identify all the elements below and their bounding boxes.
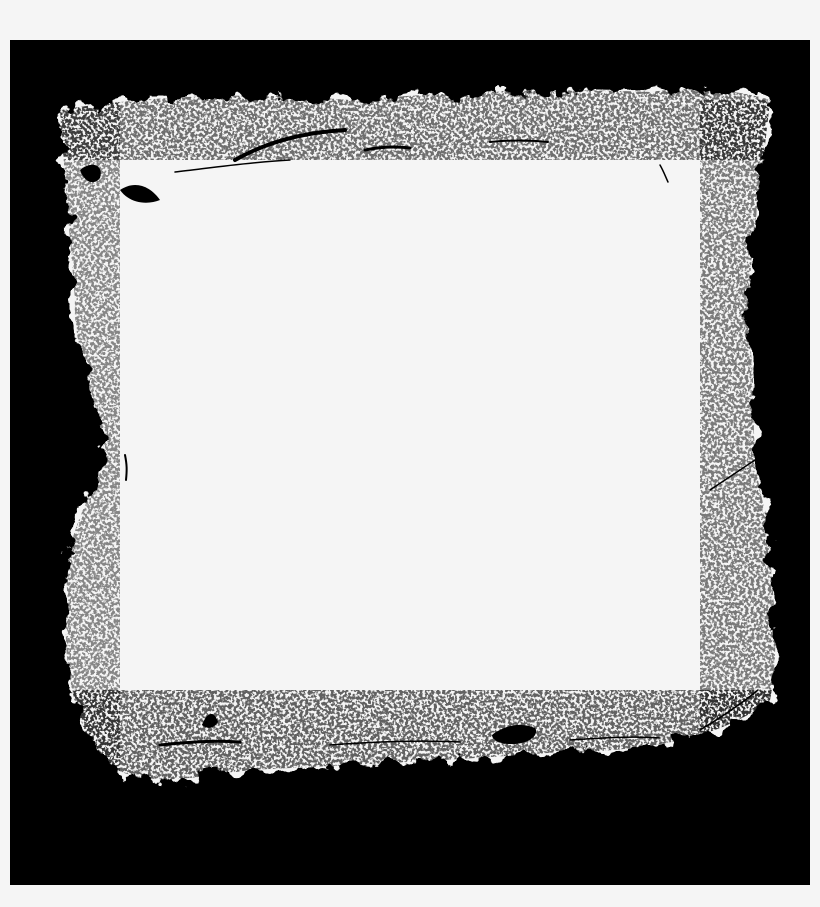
frame-inner-area bbox=[60, 89, 775, 779]
grunge-frame bbox=[0, 0, 820, 907]
